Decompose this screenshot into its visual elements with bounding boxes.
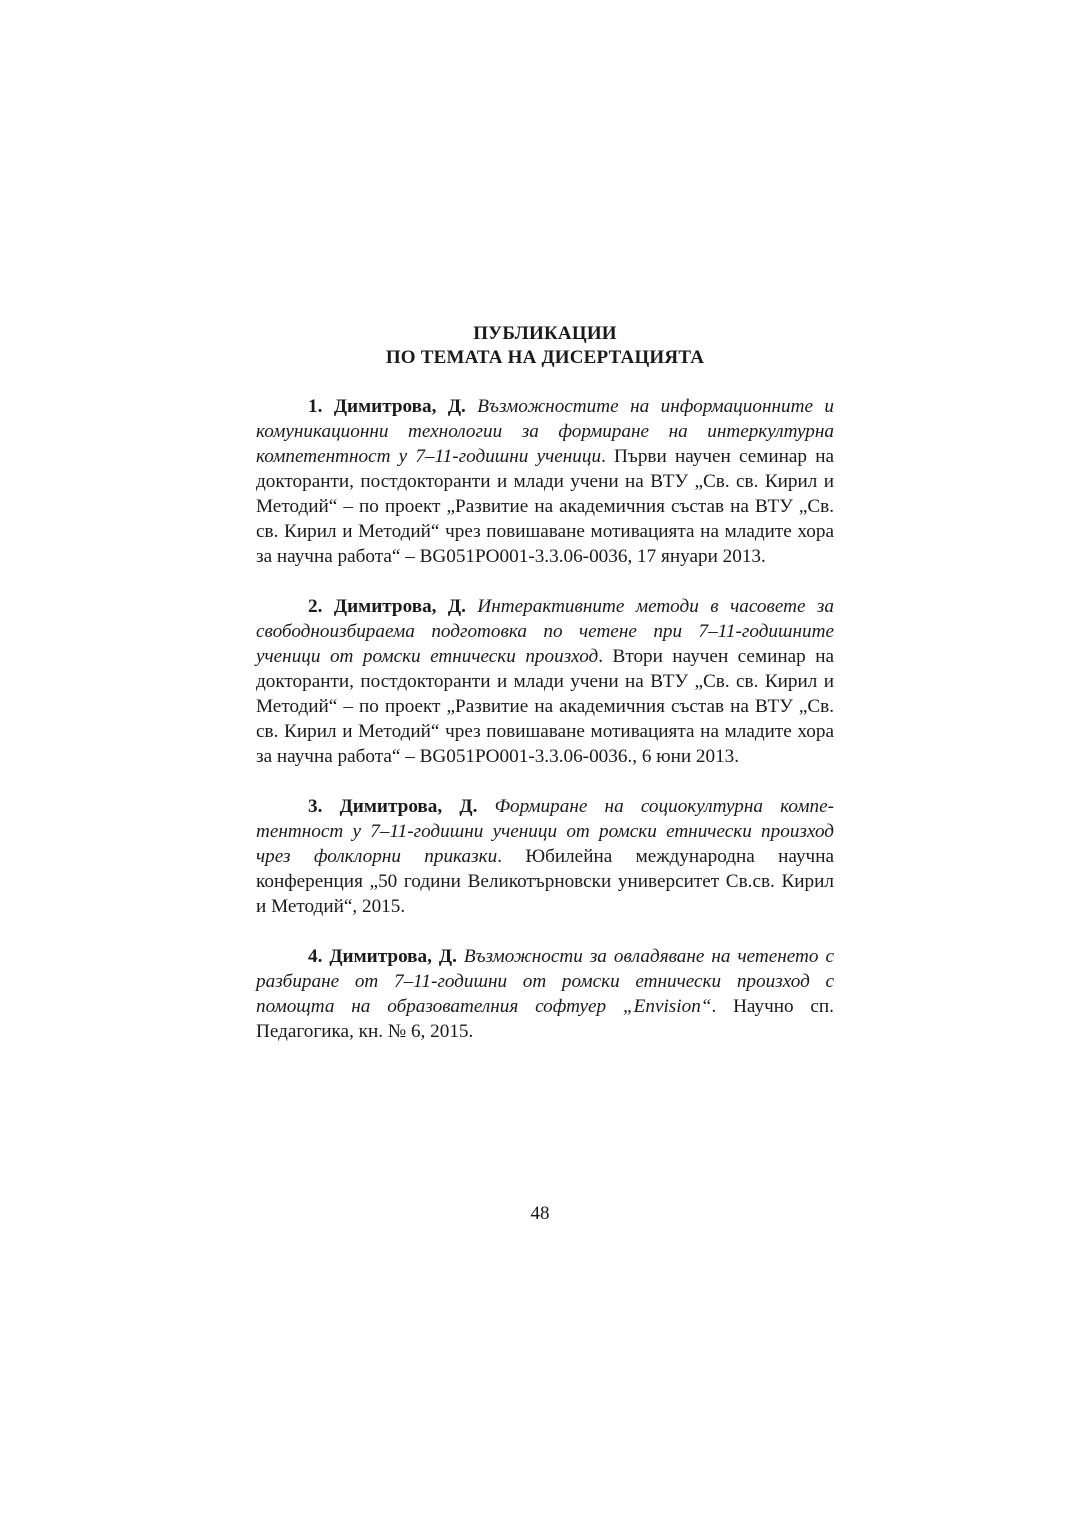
section-heading: ПУБЛИКАЦИИ ПО ТЕМАТА НА ДИСЕРТАЦИЯТА bbox=[256, 322, 834, 370]
publication-list: 1. Димитрова, Д. Възможностите на информ… bbox=[256, 394, 834, 1044]
publication-author: Димитрова, Д. bbox=[334, 396, 466, 417]
heading-line-1: ПУБЛИКАЦИИ bbox=[256, 322, 834, 346]
publication-number: 3. bbox=[308, 796, 322, 817]
publication-number: 1. bbox=[308, 396, 322, 417]
publication-author: Димитрова, Д. bbox=[329, 946, 457, 967]
publication-item-1: 1. Димитрова, Д. Възможностите на информ… bbox=[256, 394, 834, 569]
publication-item-3: 3. Димитрова, Д. Формиране на социокулту… bbox=[256, 794, 834, 919]
publication-item-4: 4. Димитрова, Д. Възможности за овладява… bbox=[256, 944, 834, 1044]
document-page: ПУБЛИКАЦИИ ПО ТЕМАТА НА ДИСЕРТАЦИЯТА 1. … bbox=[256, 322, 834, 1069]
heading-line-2: ПО ТЕМАТА НА ДИСЕРТАЦИЯТА bbox=[256, 346, 834, 370]
publication-item-2: 2. Димитрова, Д. Интерактивните методи в… bbox=[256, 594, 834, 769]
publication-author: Димитрова, Д. bbox=[334, 596, 466, 617]
publication-number: 2. bbox=[308, 596, 322, 617]
page-number: 48 bbox=[0, 1202, 1080, 1226]
publication-author: Димитрова, Д. bbox=[340, 796, 478, 817]
publication-number: 4. bbox=[308, 946, 322, 967]
